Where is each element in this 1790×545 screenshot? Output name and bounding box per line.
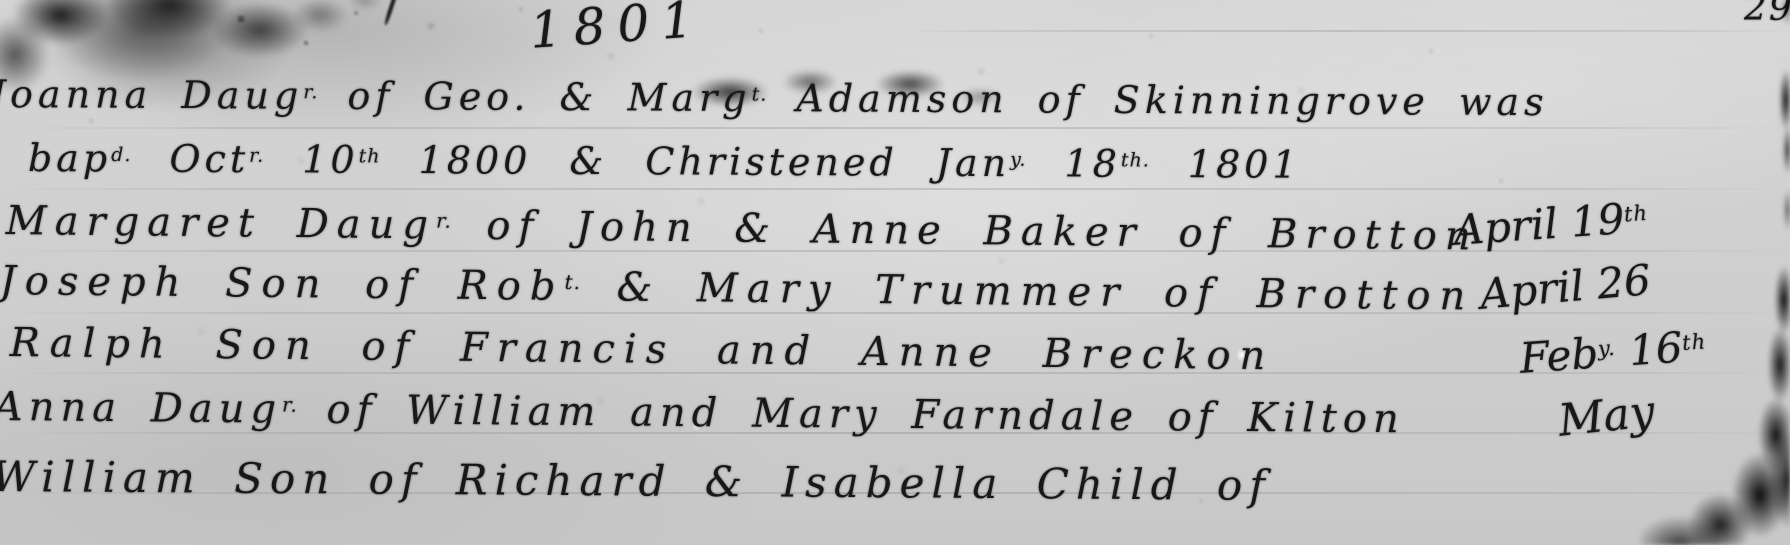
page-number: 29 — [1744, 0, 1790, 29]
register-line-2: bapd. Octr. 10th 1800 & Christened Jany.… — [28, 136, 1301, 187]
entry-date-6: May — [1556, 386, 1657, 447]
entry-date-3: April 19th — [1452, 192, 1650, 254]
page-edge-shadow — [1640, 0, 1790, 545]
entry-date-5: Feby. 16th — [1518, 321, 1708, 383]
paper-speckles — [0, 0, 2, 2]
register-page: 1801 29 Joanna Daugr. of Geo. & Margt. A… — [0, 0, 1790, 545]
stray-pen-stroke — [383, 0, 396, 26]
register-line-3: Margaret Daugr. of John & Anne Baker of … — [6, 198, 1479, 259]
ruled-line — [0, 188, 1790, 190]
register-line-1: Joanna Daugr. of Geo. & Margt. Adamson o… — [0, 72, 1549, 124]
ruled-line — [900, 30, 1790, 32]
register-line-7: William Son of Richard & Isabella Child … — [0, 452, 1272, 510]
register-line-5: Ralph Son of Francis and Anne Breckon — [10, 320, 1275, 379]
entry-date-4: April 26 — [1478, 255, 1653, 319]
register-line-6: Anna Daugr. of William and Mary Farndale… — [0, 384, 1405, 442]
year-heading: 1801 — [528, 0, 707, 60]
register-line-4: Joseph Son of Robt. & Mary Trummer of Br… — [0, 258, 1474, 319]
ruled-line — [0, 127, 1790, 129]
